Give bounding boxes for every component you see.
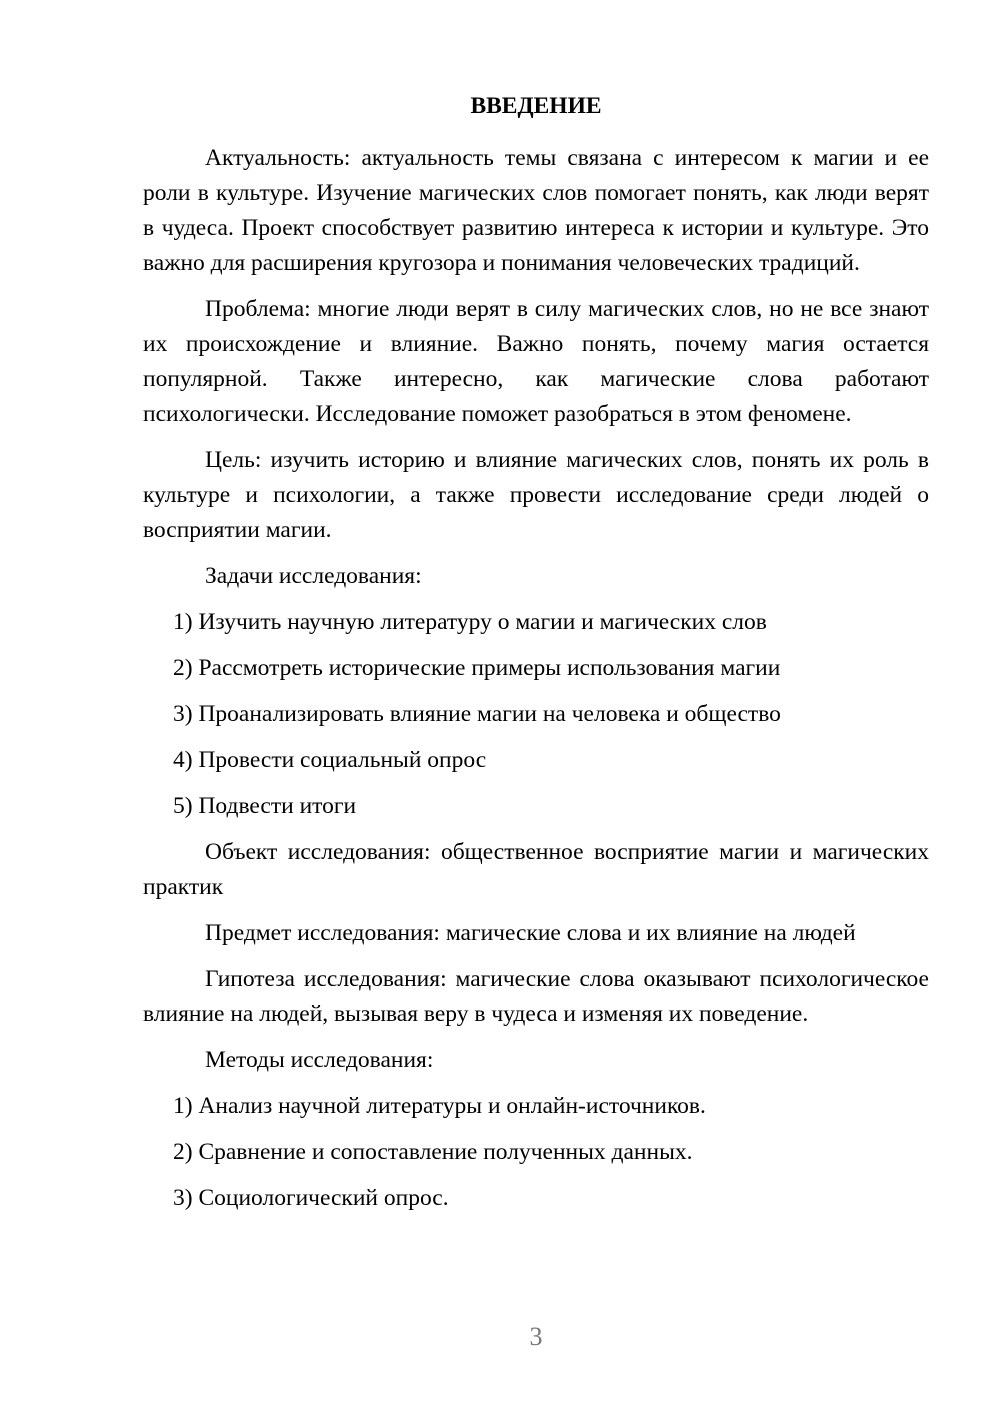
method-item-3: 3) Социологический опрос. xyxy=(143,1181,929,1216)
paragraph-object: Объект исследования: общественное воспри… xyxy=(143,835,929,905)
document-page: ВВЕДЕНИЕ Актуальность: актуальность темы… xyxy=(0,0,1000,1414)
paragraph-problem: Проблема: многие люди верят в силу магич… xyxy=(143,292,929,432)
page-title: ВВЕДЕНИЕ xyxy=(143,89,929,124)
paragraph-subject: Предмет исследования: магические слова и… xyxy=(143,916,929,951)
task-item-4: 4) Провести социальный опрос xyxy=(143,743,929,778)
paragraph-relevance: Актуальность: актуальность темы связана … xyxy=(143,141,929,281)
task-item-3: 3) Проанализировать влияние магии на чел… xyxy=(143,697,929,732)
paragraph-hypothesis: Гипотеза исследования: магические слова … xyxy=(143,962,929,1032)
methods-heading: Методы исследования: xyxy=(143,1043,929,1078)
task-item-2: 2) Рассмотреть исторические примеры испо… xyxy=(143,651,929,686)
task-item-1: 1) Изучить научную литературу о магии и … xyxy=(143,605,929,640)
page-number: 3 xyxy=(143,1322,929,1352)
method-item-1: 1) Анализ научной литературы и онлайн-ис… xyxy=(143,1089,929,1124)
tasks-heading: Задачи исследования: xyxy=(143,559,929,594)
paragraph-goal: Цель: изучить историю и влияние магическ… xyxy=(143,443,929,548)
task-item-5: 5) Подвести итоги xyxy=(143,789,929,824)
method-item-2: 2) Сравнение и сопоставление полученных … xyxy=(143,1135,929,1170)
